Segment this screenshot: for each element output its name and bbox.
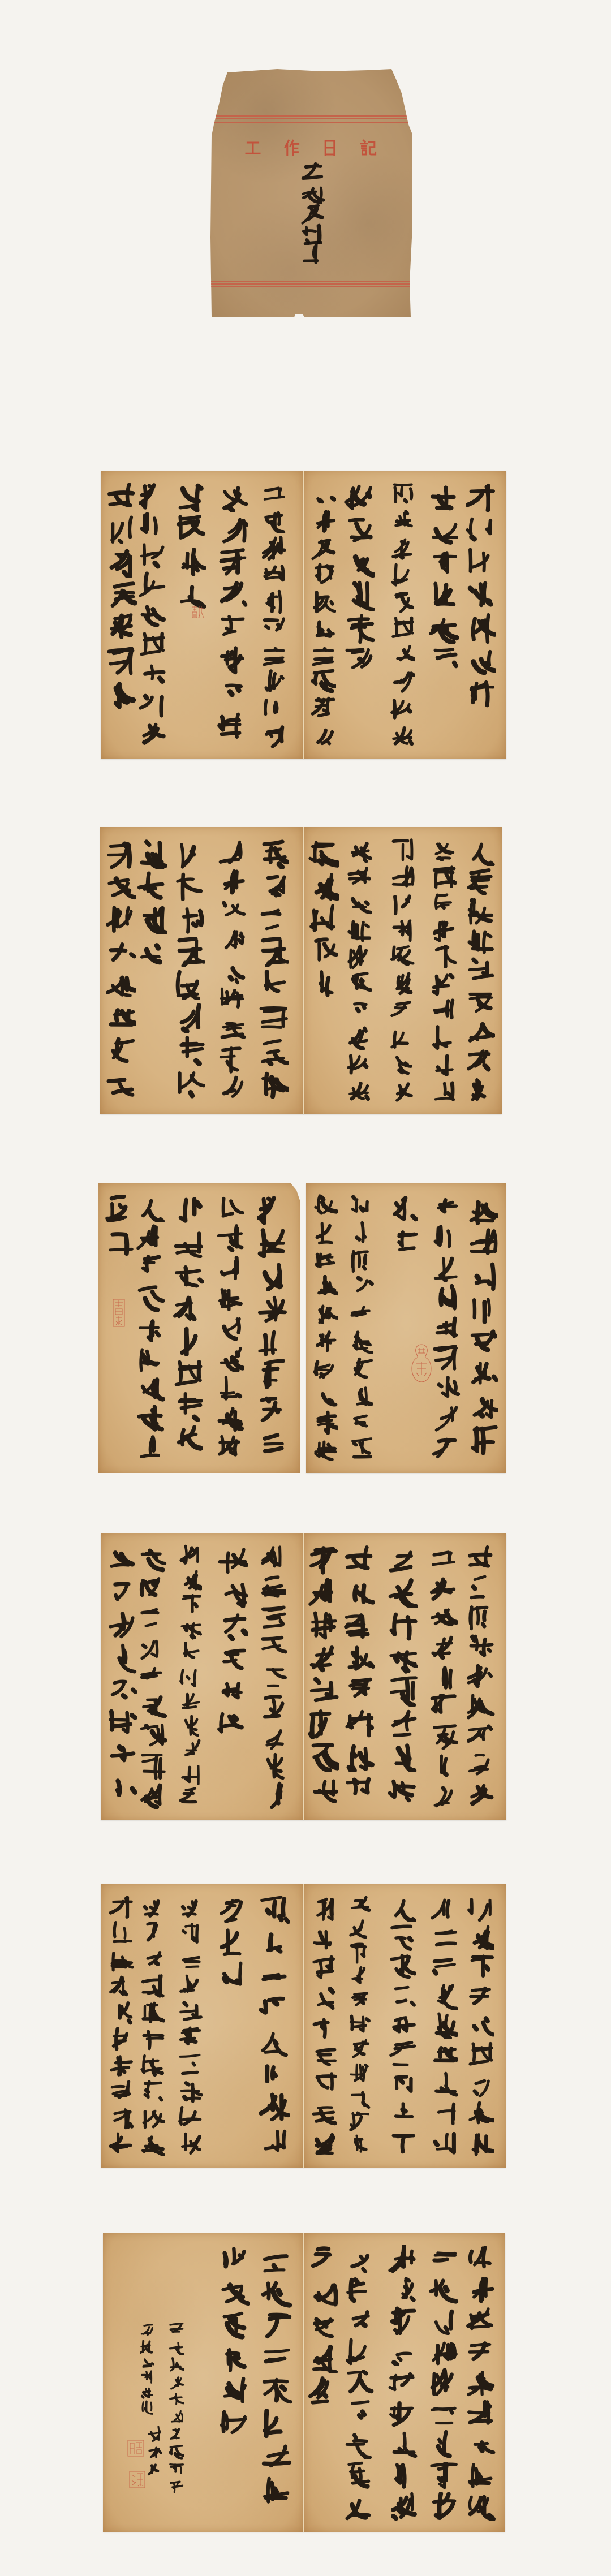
calligraphy-character: 則 — [140, 2338, 154, 2354]
calligraphy-character: 龍 — [259, 936, 290, 968]
calligraphy-character: 抹 — [217, 1609, 248, 1642]
calligraphy-character: 我 — [140, 1894, 165, 1920]
text-column: 我同到大雄七十山陰謠 — [140, 1894, 165, 2157]
calligraphy-character: 一 — [431, 2070, 458, 2099]
calligraphy-character: 墻 — [261, 2375, 292, 2407]
calligraphy-character: 風 — [429, 2367, 458, 2398]
calligraphy-character: 詠 — [139, 1751, 166, 1780]
calligraphy-character: 一 — [388, 2429, 417, 2460]
album-spread-3: 筆未入三分石罷体去清由耳悟慧根應從傳家妙以源之樣濮生一也乳題滿此紙盡漏痕 文如海… — [98, 1183, 506, 1473]
calligraphy-character: 多 — [348, 1989, 371, 2013]
calligraphy-character: 筆 — [257, 1194, 288, 1226]
calligraphy-character: 真 — [139, 719, 167, 749]
calligraphy-character: 筆 — [139, 481, 167, 511]
calligraphy-character: 順 — [217, 1894, 248, 1927]
calligraphy-character: 此 — [348, 1894, 371, 1918]
text-column: 文如海錢以鈐本何 — [468, 1194, 499, 1456]
calligraphy-character: 用 — [388, 2275, 417, 2306]
calligraphy-character: 指 — [389, 1953, 417, 1982]
calligraphy-character: 候 — [390, 481, 416, 507]
calligraphy-character: 先 — [109, 2026, 134, 2052]
calligraphy-character: 進 — [217, 1959, 248, 1992]
calligraphy-character: 寫 — [262, 507, 287, 534]
calligraphy-character: 何 — [468, 1423, 499, 1456]
calligraphy-character: 夜 — [217, 579, 248, 612]
calligraphy-character: 來 — [431, 2040, 458, 2070]
calligraphy-character: 麓 — [467, 1075, 494, 1104]
calligraphy-character: 附 — [313, 1247, 339, 1274]
calligraphy-character: 論 — [106, 1544, 137, 1576]
printed-character: 記 — [360, 139, 377, 156]
calligraphy-character: 石 — [257, 1358, 288, 1390]
colophon-line: 數則於古海陵 — [140, 2323, 154, 2415]
calligraphy-character: 求 — [139, 690, 167, 720]
calligraphy-character: 從 — [432, 1224, 461, 1253]
calligraphy-character: 來 — [308, 1544, 339, 1576]
calligraphy-character: 數 — [218, 897, 246, 926]
text-column: 求何了生態入了手脫 — [260, 1544, 288, 1810]
text-column: 十戰到人已深然吐鋒 — [345, 2243, 373, 2522]
calligraphy-character: 地 — [432, 837, 457, 864]
calligraphy-character: 毛 — [313, 1409, 339, 1436]
calligraphy-character: 耳 — [430, 1573, 458, 1603]
left-page: 太平如龍如海象龍家在數百古木著花尾銀鉤生龍枝所樣春背尚難勝學來去死版來生新 — [100, 827, 304, 1114]
calligraphy-character: 山 — [430, 1721, 458, 1751]
calligraphy-character: 獨 — [259, 1927, 290, 1959]
calligraphy-character: 春 — [175, 1067, 206, 1100]
text-column: 之衣圖時覺更方 — [106, 481, 137, 710]
calligraphy-character: 從 — [390, 890, 415, 917]
calligraphy-character: 之 — [311, 535, 337, 561]
calligraphy-character: 陀 — [466, 2429, 495, 2460]
text-column: 候學古人又之文古之樣 — [390, 481, 416, 749]
text-column: 汾淌極綠園役往平原 — [310, 1894, 338, 2157]
calligraphy-character: 死 — [106, 936, 137, 968]
calligraphy-character: 同 — [178, 2078, 203, 2105]
calligraphy-character: 天 — [139, 600, 167, 630]
calligraphy-character: 龍 — [109, 1946, 134, 1973]
calligraphy-character: 月 — [139, 1632, 166, 1662]
calligraphy-character: 隨 — [466, 2491, 495, 2522]
calligraphy-character: 陵 — [140, 2400, 154, 2415]
calligraphy-character: 掌 — [432, 1313, 461, 1343]
calligraphy-character: 子 — [179, 1689, 202, 1713]
calligraphy-character: 綠 — [310, 1981, 338, 2011]
calligraphy-character: 本 — [468, 1390, 499, 1423]
calligraphy-character: 如 — [468, 1226, 499, 1259]
calligraphy-character: 古 — [390, 917, 415, 944]
calligraphy-character: 真 — [313, 1301, 339, 1328]
text-column: 後生附求真人月看毛錐 — [313, 1194, 339, 1463]
calligraphy-character: 辛 — [169, 2321, 184, 2338]
calligraphy-character: 役 — [310, 2040, 338, 2070]
calligraphy-character: 姿 — [308, 1773, 339, 1806]
calligraphy-character: 九 — [429, 2305, 458, 2336]
calligraphy-character: 生 — [349, 1355, 375, 1382]
calligraphy-character: 空 — [432, 1403, 461, 1433]
calligraphy-character: 數 — [140, 2323, 154, 2338]
calligraphy-character: 分 — [257, 1325, 288, 1358]
calligraphy-character: 法 — [390, 1078, 415, 1104]
calligraphy-character: 姿 — [217, 1675, 248, 1708]
calligraphy-character: 原 — [310, 2128, 338, 2157]
calligraphy-character: 神 — [344, 645, 375, 678]
calligraphy-character: 豈 — [311, 481, 337, 507]
calligraphy-character: 樣 — [173, 1390, 204, 1423]
calligraphy-character: 奇 — [175, 546, 206, 579]
text-column: 就來羞照漏痕 — [220, 2243, 251, 2440]
calligraphy-character: 在 — [311, 507, 337, 534]
calligraphy-character: 耳 — [216, 1283, 244, 1313]
text-column: 並從其子掌更芸空十 — [432, 1194, 461, 1463]
calligraphy-character: 林 — [139, 1781, 166, 1810]
calligraphy-character: 平 — [259, 870, 290, 903]
calligraphy-character: 為 — [388, 1708, 419, 1741]
text-column: 美也如月力科照詠林 — [139, 1544, 166, 1810]
calligraphy-character: 生 — [389, 1894, 417, 1923]
calligraphy-character: 丁 — [349, 1274, 375, 1302]
calligraphy-character: 大 — [140, 1973, 165, 2000]
calligraphy-character: 往 — [348, 2062, 371, 2086]
text-column: 生長來花之自安擬麓 — [467, 837, 494, 1104]
calligraphy-character: 舸 — [466, 579, 497, 612]
calligraphy-character: 也 — [390, 1051, 415, 1078]
text-column: 去清由耳悟慧根應從 — [216, 1194, 244, 1463]
calligraphy-character: 詩 — [431, 2128, 458, 2157]
calligraphy-character: 從 — [139, 511, 167, 541]
seal-stamp-icon — [191, 604, 205, 619]
calligraphy-character: 何 — [260, 1573, 288, 1603]
calligraphy-character: 清 — [216, 1224, 244, 1253]
calligraphy-character: 汾 — [310, 1894, 338, 1923]
calligraphy-character: 沙 — [217, 481, 248, 514]
calligraphy-character: 力 — [348, 2014, 371, 2037]
calligraphy-character: 東 — [311, 615, 337, 641]
calligraphy-character: 了 — [260, 1603, 288, 1632]
calligraphy-character: 兮 — [467, 2128, 495, 2157]
calligraphy-character: 擬 — [467, 1045, 494, 1074]
calligraphy-character: 枝 — [175, 968, 206, 1001]
calligraphy-character: 十 — [140, 2052, 165, 2079]
calligraphy-character: 處 — [388, 1609, 419, 1642]
calligraphy-character: 久 — [429, 2398, 458, 2429]
calligraphy-character: 乾 — [308, 2342, 339, 2375]
calligraphy-character: 了 — [260, 1721, 288, 1751]
calligraphy-character: 心 — [388, 1675, 419, 1708]
calligraphy-character: 錄 — [169, 2391, 184, 2409]
calligraphy-character: 爾 — [344, 514, 375, 546]
seal-stamp-icon — [411, 1343, 432, 1383]
album-spread-4: 求何了生態入了手脫橫洋抹如姿態整之高之如其子手狀人已美也如月力科照詠林論自在橫科… — [101, 1533, 506, 1820]
calligraphy-character: 戲 — [390, 1194, 421, 1226]
calligraphy-character: 盡 — [136, 1433, 165, 1463]
text-column: 順生進 — [217, 1894, 248, 1992]
calligraphy-character: 七 — [140, 2026, 165, 2052]
calligraphy-character: 在 — [429, 2429, 458, 2460]
calligraphy-character: 之 — [179, 1616, 202, 1640]
calligraphy-character: 止 — [389, 1981, 417, 2011]
text-column: 古米老丁力舒生功夫深 — [349, 1194, 375, 1463]
printed-character: 日 — [321, 139, 338, 156]
calligraphy-character: 看 — [429, 2275, 458, 2306]
calligraphy-character: 兮 — [431, 1923, 458, 1953]
calligraphy-character: 之 — [308, 870, 339, 903]
calligraphy-character: 看 — [313, 1382, 339, 1409]
calligraphy-character: 乳 — [178, 2052, 203, 2079]
calligraphy-character: 之 — [467, 956, 494, 985]
calligraphy-character: 深 — [388, 1576, 419, 1609]
right-page: 春在漱兮吐坡陀月隨人看九波風久在生痕自用大年解起一天羅十戰到人已深然吐鋒朱理曜乾… — [303, 2233, 505, 2532]
calligraphy-character: 如 — [179, 1640, 202, 1665]
calligraphy-character: 尚 — [137, 870, 168, 903]
calligraphy-character: 更 — [106, 645, 137, 678]
calligraphy-character: 之 — [308, 1675, 339, 1708]
calligraphy-character: 月 — [261, 2473, 292, 2506]
calligraphy-character: 隱 — [344, 1642, 375, 1675]
calligraphy-character: 生 — [430, 1662, 458, 1691]
cover-handwritten-title: 林散之作去 — [301, 163, 325, 262]
calligraphy-character: 山 — [467, 1894, 495, 1923]
calligraphy-character: 橫 — [106, 1642, 137, 1675]
printed-character: 作 — [283, 139, 300, 156]
text-column: 傳家妙以源之樣濮 — [173, 1194, 204, 1456]
calligraphy-character: 自 — [388, 2243, 417, 2275]
cover-red-rule — [209, 118, 413, 119]
calligraphy-character: 象 — [259, 1034, 290, 1067]
calligraphy-character: 其 — [179, 1665, 202, 1689]
calligraphy-character: 源 — [173, 1325, 204, 1358]
calligraphy-character: 景 — [347, 971, 372, 997]
calligraphy-character: 臣 — [389, 2099, 417, 2128]
calligraphy-character: 坡 — [466, 2398, 495, 2429]
calligraphy-character: 好 — [431, 1953, 458, 1982]
album-spread-2: 太平如龍如海象龍家在數百古木著花尾銀鉤生龍枝所樣春背尚難勝學來去死版來生新 生長… — [100, 827, 501, 1114]
calligraphy-character: 羅 — [388, 2491, 417, 2522]
calligraphy-character: 真 — [467, 1781, 494, 1810]
calligraphy-character: 獨 — [466, 481, 497, 514]
calligraphy-character: 乳 — [348, 2109, 371, 2133]
calligraphy-character: 此 — [136, 1373, 165, 1403]
calligraphy-character: 學 — [106, 837, 137, 870]
calligraphy-character: 更 — [432, 1343, 461, 1373]
calligraphy-character: 海 — [259, 1001, 290, 1034]
calligraphy-character: 漏 — [104, 1194, 135, 1226]
calligraphy-character: 高 — [467, 1953, 495, 1982]
calligraphy-character: 秋 — [262, 669, 287, 695]
calligraphy-character: 花 — [218, 1045, 246, 1074]
calligraphy-character: 之 — [311, 641, 337, 668]
right-page: 獨我畫舸中行色皆隨人行何處候學古人又之文古之樣非爾識出精神豈在之一造東之之法隨 — [303, 471, 506, 759]
calligraphy-character: 丑 — [169, 2338, 184, 2356]
calligraphy-character: 高 — [179, 1592, 202, 1617]
text-column: 太平如龍如海象龍 — [259, 837, 290, 1100]
text-column: 學來去死版來生新 — [106, 837, 137, 1100]
calligraphy-character: 言 — [262, 561, 287, 588]
calligraphy-character: 睡 — [390, 971, 415, 997]
calligraphy-character: 頭 — [261, 2407, 292, 2440]
calligraphy-character: 慧 — [216, 1343, 244, 1373]
calligraphy-character: 在 — [466, 2275, 495, 2306]
calligraphy-character: 洵 — [348, 2134, 371, 2157]
calligraphy-character: 為 — [432, 1024, 457, 1050]
calligraphy-character: 濮 — [173, 1423, 204, 1456]
text-column: 朱理曜乾坤 — [308, 2243, 339, 2407]
calligraphy-character: 戰 — [345, 2275, 373, 2306]
calligraphy-character: 深 — [349, 1436, 375, 1463]
calligraphy-character: 也 — [139, 1573, 166, 1603]
calligraphy-character: 曜 — [308, 2309, 339, 2342]
calligraphy-character: 題 — [136, 1313, 165, 1343]
calligraphy-character: 芸 — [432, 1373, 461, 1403]
calligraphy-character: 夫 — [308, 968, 339, 1001]
text-column: 山之高兮九之深芳兮 — [467, 1894, 495, 2157]
text-column: 整之高之如其子手狀人已 — [179, 1544, 202, 1810]
calligraphy-character: 如 — [139, 1603, 166, 1632]
calligraphy-character: 餘 — [106, 1773, 137, 1806]
calligraphy-character: 燈 — [217, 645, 248, 678]
calligraphy-character: 理 — [308, 2276, 339, 2309]
calligraphy-character: 又 — [390, 588, 416, 615]
calligraphy-character: 姜 — [431, 1894, 458, 1923]
calligraphy-character: 見 — [259, 1894, 290, 1927]
calligraphy-character: 風 — [347, 944, 372, 971]
calligraphy-character: 一 — [308, 1576, 339, 1609]
calligraphy-character: 雲 — [430, 1692, 458, 1721]
calligraphy-character: 海 — [140, 2384, 154, 2400]
calligraphy-character: 之 — [390, 695, 416, 722]
calligraphy-character: 者 — [431, 2011, 458, 2040]
calligraphy-character: 生 — [217, 1927, 248, 1959]
calligraphy-character: 文 — [390, 641, 416, 668]
calligraphy-character: 之 — [139, 630, 167, 660]
calligraphy-character: 來 — [106, 870, 137, 903]
calligraphy-character: 和 — [259, 2091, 290, 2123]
calligraphy-character: 生 — [429, 2460, 458, 2491]
calligraphy-character: 來 — [467, 897, 494, 926]
calligraphy-character: 道 — [467, 1573, 494, 1603]
calligraphy-character: 來 — [220, 2276, 251, 2309]
calligraphy-character: 更 — [388, 1773, 419, 1806]
calligraphy-character: 畫 — [466, 546, 497, 579]
calligraphy-character: 朱 — [308, 2243, 339, 2276]
calligraphy-character: 本 — [432, 1078, 457, 1104]
printed-character: 工 — [244, 139, 261, 156]
calligraphy-character: 造 — [311, 588, 337, 615]
calligraphy-character: 美 — [139, 1544, 166, 1573]
calligraphy-character: 悟 — [216, 1313, 244, 1343]
right-page: 生長來花之自安擬麓地乳便鍾王以字為字本也如從古所睡而作也法乳以隱花風景造百之樣適… — [303, 827, 502, 1114]
cover-red-rule — [209, 122, 413, 123]
calligraphy-character: 人 — [429, 2243, 458, 2275]
text-column: 橫洋抹如姿態 — [217, 1544, 248, 1741]
calligraphy-character: 所 — [175, 1001, 206, 1034]
calligraphy-character: 中 — [262, 615, 287, 641]
calligraphy-character: 就 — [220, 2243, 251, 2276]
calligraphy-character: 生 — [313, 1221, 339, 1248]
calligraphy-character: 黃 — [147, 2425, 164, 2443]
calligraphy-character: 錐 — [313, 1436, 339, 1463]
calligraphy-character: 已 — [345, 2367, 373, 2398]
text-column: 哀深處之心為來更 — [388, 1544, 419, 1806]
calligraphy-character: 以 — [468, 1325, 499, 1358]
calligraphy-character: 有 — [106, 1741, 137, 1773]
calligraphy-character: 子 — [432, 1283, 461, 1313]
right-page: 山之高兮九之深芳兮姜兮好細者來一夕詩生任指止隨家寫臣春此風林不多力又往得乳洵汾淌… — [303, 1884, 506, 2168]
text-column: 筆未入三分石罷体 — [257, 1194, 288, 1456]
calligraphy-character: 作 — [301, 222, 325, 242]
calligraphy-character: 之 — [467, 1544, 494, 1573]
calligraphy-character: 根 — [216, 1373, 244, 1403]
calligraphy-character: 乳 — [432, 864, 457, 890]
calligraphy-character: 時 — [106, 579, 137, 612]
calligraphy-character: 林 — [348, 1942, 371, 1966]
calligraphy-character: 散 — [301, 183, 325, 203]
calligraphy-character: 園 — [310, 2011, 338, 2040]
calligraphy-character: 力 — [349, 1301, 375, 1328]
calligraphy-character: 起 — [388, 2398, 417, 2429]
calligraphy-character: 風 — [308, 1741, 339, 1773]
calligraphy-character: 又 — [348, 2037, 371, 2061]
calligraphy-character: 痕 — [104, 1226, 135, 1259]
calligraphy-character: 何 — [429, 612, 460, 645]
calligraphy-character: 散 — [169, 2426, 184, 2444]
cover-printed-title: 工作日記 — [244, 139, 377, 156]
text-column: 皆隨人行何處 — [429, 481, 460, 678]
seal-stamp-icon — [128, 2470, 146, 2489]
calligraphy-character: 其 — [432, 1253, 461, 1283]
calligraphy-character: 罷 — [257, 1390, 288, 1423]
calligraphy-character: 天 — [388, 2460, 417, 2491]
calligraphy-character: 年 — [388, 2336, 417, 2367]
calligraphy-character: 功 — [349, 1382, 375, 1409]
calligraphy-character: 隆 — [147, 2461, 164, 2479]
calligraphy-character: 之 — [301, 203, 325, 222]
calligraphy-character: 墨 — [308, 1642, 339, 1675]
calligraphy-character: 海 — [468, 1259, 499, 1292]
calligraphy-character: 謠 — [140, 2131, 165, 2157]
text-column: 沙花清夜張燈造化 — [217, 481, 248, 743]
text-column: 之人又隱多煙雲助 — [344, 1544, 375, 1806]
left-page: 辛丑新正錄林散之論書 數則於古海陵 黃全隆 請看百壁墻頭霜月就來羞照漏痕 — [103, 2233, 304, 2532]
calligraphy-character: 出 — [175, 514, 206, 546]
calligraphy-character: 深 — [467, 2070, 495, 2099]
calligraphy-character: 吹 — [178, 2105, 203, 2131]
calligraphy-character: 助 — [344, 1773, 375, 1806]
text-column: 也如從古所睡而作也法 — [390, 837, 415, 1104]
calligraphy-character: 自 — [106, 1576, 137, 1609]
calligraphy-character: 精 — [344, 612, 375, 645]
calligraphy-character: 並 — [432, 1194, 461, 1224]
calligraphy-character: 勝 — [137, 936, 168, 968]
calligraphy-character: 清 — [262, 722, 287, 749]
calligraphy-character: 深 — [345, 2398, 373, 2429]
text-column: 獨秀龍以謎先是先生龍 — [109, 1894, 134, 2157]
seal-stamp-icon — [127, 2440, 144, 2457]
calligraphy-character: 自 — [467, 1751, 494, 1780]
calligraphy-character: 衣 — [106, 514, 137, 546]
calligraphy-character: 人 — [345, 2336, 373, 2367]
calligraphy-character: 惜 — [390, 1226, 421, 1259]
text-column: 生任指止隨家寫臣春 — [389, 1894, 417, 2157]
calligraphy-character: 極 — [310, 1953, 338, 1982]
calligraphy-character: 如 — [259, 968, 290, 1001]
calligraphy-character: 木 — [218, 985, 246, 1015]
calligraphy-character: 人 — [429, 546, 460, 579]
text-column: 筆從出乎天之意求真 — [139, 481, 167, 749]
calligraphy-character: 寫 — [389, 2070, 417, 2099]
calligraphy-character: 迴 — [262, 588, 287, 615]
calligraphy-character: 便 — [432, 890, 457, 917]
